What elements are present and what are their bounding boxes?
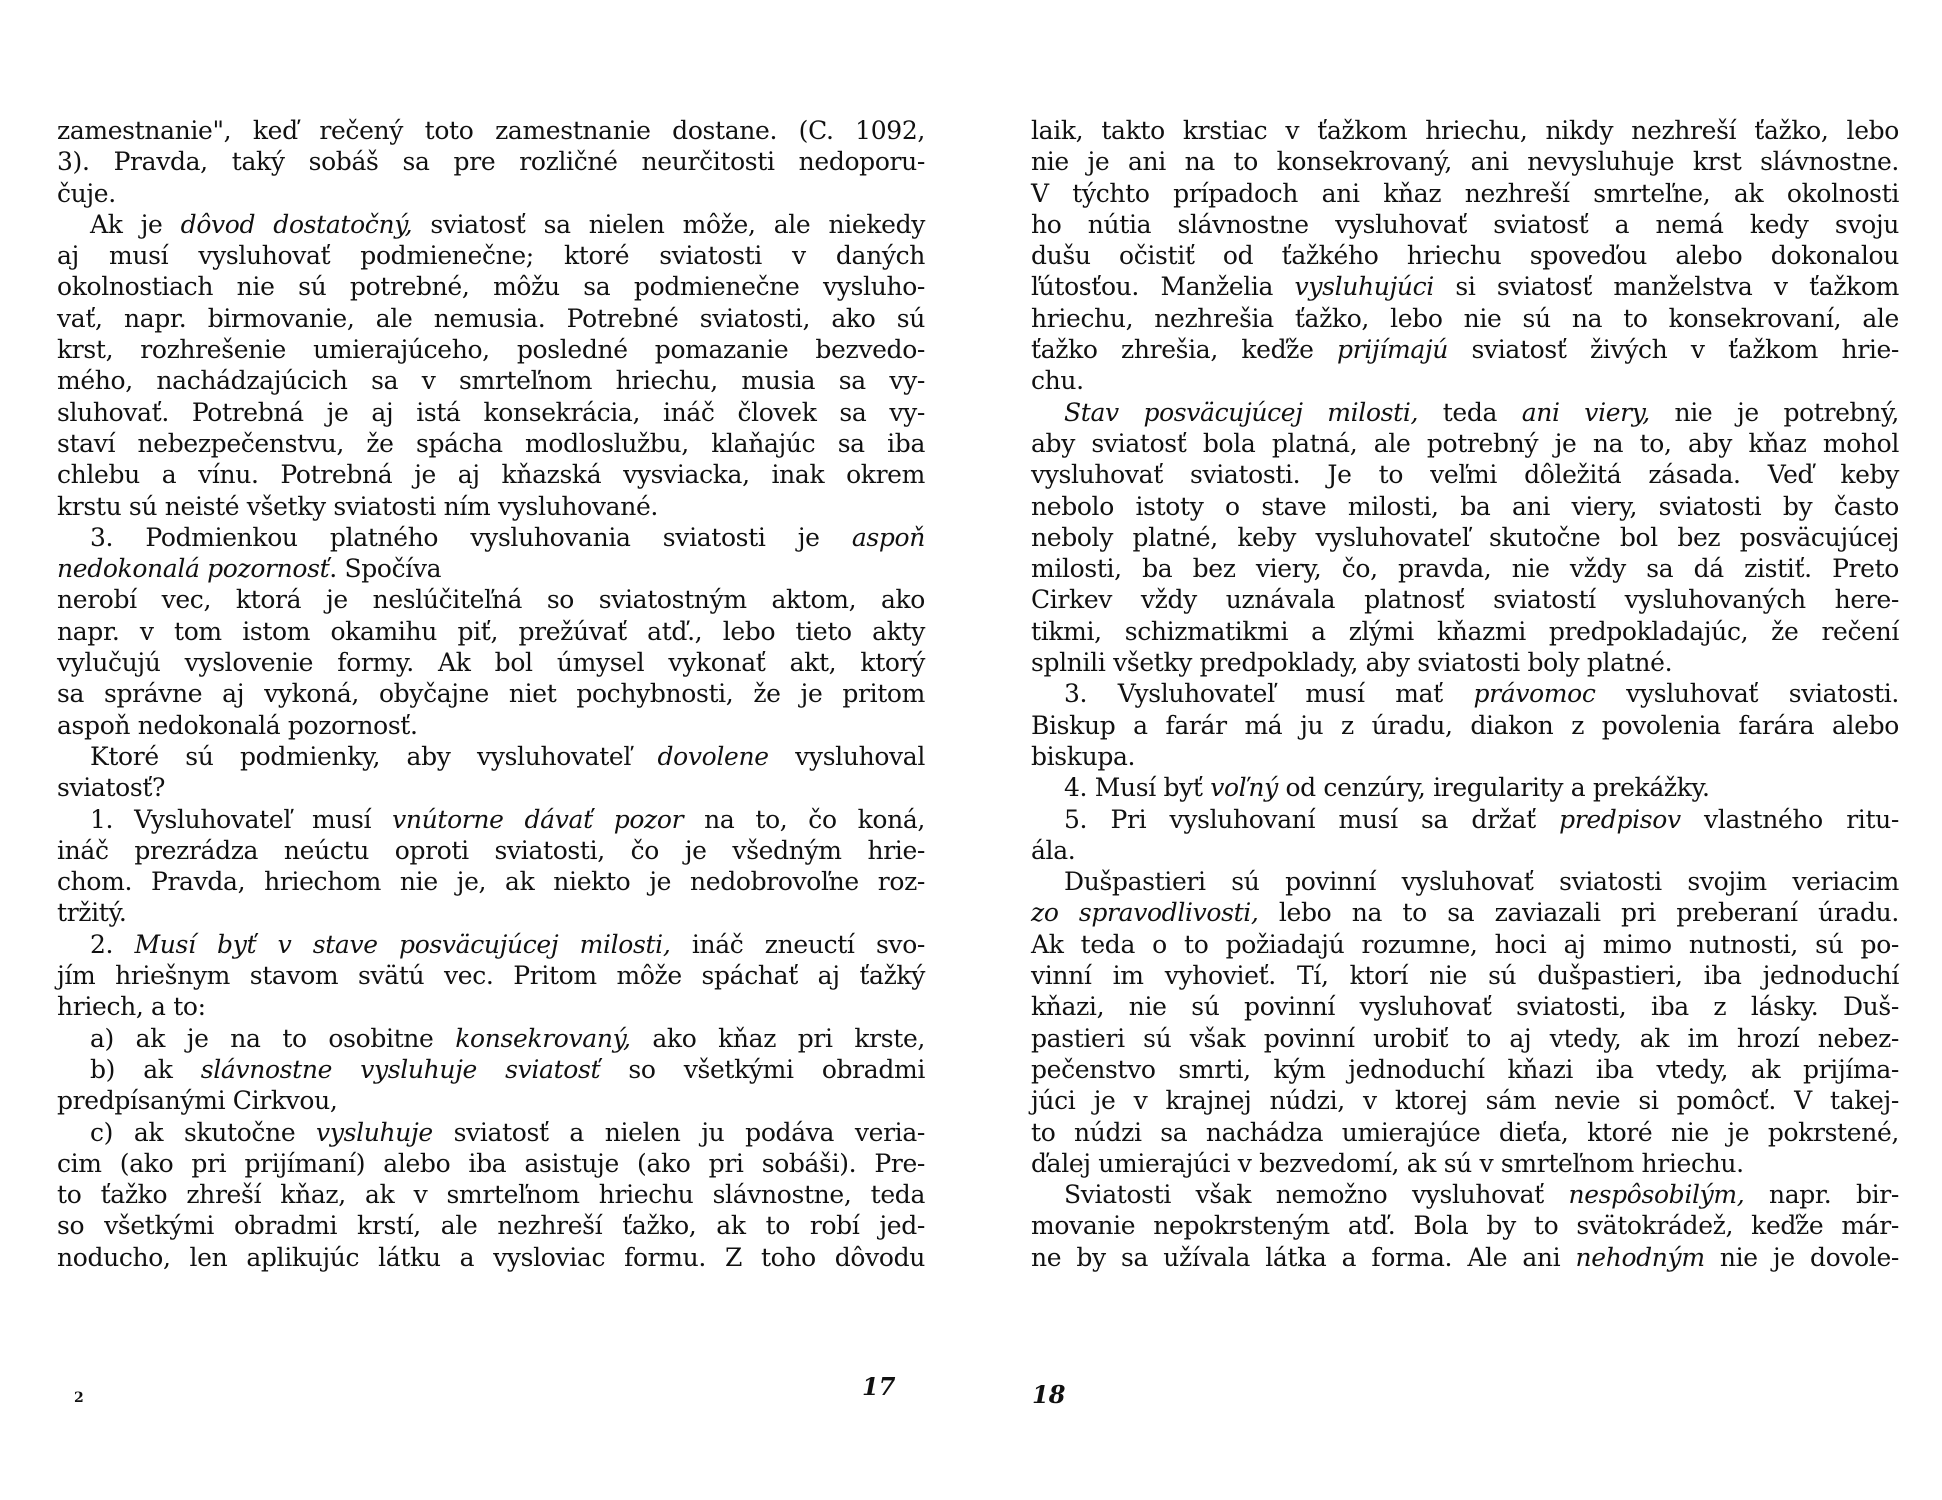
text-segment: Ak je xyxy=(90,210,181,239)
text-segment: na to, čo koná, xyxy=(683,805,925,834)
italic-text: konsekrovaný, xyxy=(455,1024,630,1053)
text-segment: chu. xyxy=(1031,366,1084,395)
text-segment: noducho, len aplikujúc látku a vysloviac… xyxy=(57,1243,925,1272)
text-line: laik, takto krstiac v ťažkom hriechu, ni… xyxy=(1031,115,1899,146)
italic-text: aspoň xyxy=(852,523,925,552)
text-segment: Dušpastieri sú povinní vysluhovať sviato… xyxy=(1064,867,1899,896)
text-line: to núdzi sa nachádza umierajúce dieťa, k… xyxy=(1031,1117,1899,1148)
text-segment: vylučujú vyslovenie formy. Ak bol úmysel… xyxy=(57,648,925,677)
text-line: napr. v tom istom okamihu piť, prežúvať … xyxy=(57,616,925,647)
text-line: aj musí vysluhovať podmienečne; ktoré sv… xyxy=(57,240,925,271)
text-line: dušu očistiť od ťažkého hriechu spoveďou… xyxy=(1031,240,1899,271)
text-segment: zamestnanie", keď rečený toto zamestnani… xyxy=(57,116,925,145)
text-segment: ľútosťou. Manželia xyxy=(1031,272,1295,301)
italic-text: Stav posväcujúcej milosti, xyxy=(1064,398,1418,427)
text-segment: sviatosť živých v ťažkom hrie- xyxy=(1448,335,1899,364)
text-segment: pastieri sú však povinní urobiť to aj vt… xyxy=(1031,1024,1899,1053)
text-line: vylučujú vyslovenie formy. Ak bol úmysel… xyxy=(57,647,925,678)
text-segment: vlastného ritu- xyxy=(1681,805,1899,834)
italic-text: voľný xyxy=(1210,773,1278,802)
text-segment: aby sviatosť bola platná, ale potrebný j… xyxy=(1031,429,1899,458)
text-segment: kňazi, nie sú povinní vysluhovať sviatos… xyxy=(1031,992,1899,1021)
text-segment: a) ak je na to osobitne xyxy=(90,1024,455,1053)
text-segment: ne by sa užívala látka a forma. Ale ani xyxy=(1031,1243,1576,1272)
text-line: mého, nachádzajúcich sa v smrteľnom hrie… xyxy=(57,365,925,396)
text-segment: chom. Pravda, hriechom nie je, ak niekto… xyxy=(57,867,925,896)
text-line: aspoň nedokonalá pozornosť. xyxy=(57,710,925,741)
text-segment: so všetkými obradmi krstí, ale nezhreší … xyxy=(57,1211,925,1240)
text-line: pečenstvo smrti, kým jednoduchí kňazi ib… xyxy=(1031,1054,1899,1085)
text-line: Cirkev vždy uznávala platnosť sviatostí … xyxy=(1031,584,1899,615)
italic-text: zo spravodlivosti, xyxy=(1031,898,1259,927)
text-line: kňazi, nie sú povinní vysluhovať sviatos… xyxy=(1031,991,1899,1022)
page-number-right: 18 xyxy=(1032,1380,1065,1409)
text-segment: ála. xyxy=(1031,836,1075,865)
text-segment: splnili všetky predpoklady, aby sviatost… xyxy=(1031,648,1672,677)
text-line: Sviatosti však nemožno vysluhovať nespôs… xyxy=(1031,1179,1899,1210)
text-line: 1. Vysluhovateľ musí vnútorne dávať pozo… xyxy=(57,804,925,835)
text-line: V týchto prípadoch ani kňaz nezhreší smr… xyxy=(1031,178,1899,209)
text-line: hriech, a to: xyxy=(57,991,925,1022)
text-segment: to ťažko zhreší kňaz, ak v smrteľnom hri… xyxy=(57,1180,925,1209)
text-segment: si sviatosť manželstva v ťažkom xyxy=(1434,272,1899,301)
text-line: 4. Musí byť voľný od cenzúry, iregularit… xyxy=(1031,772,1899,803)
text-segment: hriechu, nezhrešia ťažko, lebo nie sú na… xyxy=(1031,304,1899,333)
text-segment: biskupa. xyxy=(1031,742,1135,771)
left-page: zamestnanie", keď rečený toto zamestnani… xyxy=(57,115,925,1273)
text-segment: napr. bir- xyxy=(1744,1180,1899,1209)
text-line: ála. xyxy=(1031,835,1899,866)
text-segment: ťažko zhrešia, keďže xyxy=(1031,335,1337,364)
text-segment: movanie nepokrsteným atď. Bola by to svä… xyxy=(1031,1211,1899,1240)
text-line: b) ak slávnostne vysluhuje sviatosť so v… xyxy=(57,1054,925,1085)
text-line: okolnostiach nie sú potrebné, môžu sa po… xyxy=(57,271,925,302)
text-line: staví nebezpečenstvu, že spácha modloslu… xyxy=(57,428,925,459)
page-number-left: 17 xyxy=(862,1372,895,1401)
text-line: noducho, len aplikujúc látku a vysloviac… xyxy=(57,1242,925,1273)
text-segment: to núdzi sa nachádza umierajúce dieťa, k… xyxy=(1031,1118,1899,1147)
text-line: cim (ako pri prijímaní) alebo iba asistu… xyxy=(57,1148,925,1179)
text-segment: teda xyxy=(1418,398,1522,427)
text-line: chlebu a vínu. Potrebná je aj kňazská vy… xyxy=(57,459,925,490)
text-line: ne by sa užívala látka a forma. Ale ani … xyxy=(1031,1242,1899,1273)
text-segment: tržitý. xyxy=(57,898,127,927)
text-segment: Ktoré sú podmienky, aby vysluhovateľ xyxy=(90,742,658,771)
text-segment: 5. Pri vysluhovaní musí sa držať xyxy=(1064,805,1559,834)
text-line: aby sviatosť bola platná, ale potrebný j… xyxy=(1031,428,1899,459)
italic-text: právomoc xyxy=(1474,679,1596,708)
text-segment: ináč prezrádza neúctu oproti sviatosti, … xyxy=(57,836,925,865)
text-segment: Sviatosti však nemožno vysluhovať xyxy=(1064,1180,1568,1209)
italic-text: slávnostne vysluhuje sviatosť xyxy=(201,1055,600,1084)
text-line: Dušpastieri sú povinní vysluhovať sviato… xyxy=(1031,866,1899,897)
text-segment: dušu očistiť od ťažkého hriechu spoveďou… xyxy=(1031,241,1899,270)
text-segment: aspoň nedokonalá pozornosť. xyxy=(57,711,418,740)
text-line: movanie nepokrsteným atď. Bola by to svä… xyxy=(1031,1210,1899,1241)
text-line: Stav posväcujúcej milosti, teda ani vier… xyxy=(1031,397,1899,428)
text-segment: hriech, a to: xyxy=(57,992,206,1021)
text-segment: b) ak xyxy=(90,1055,201,1084)
text-segment: c) ak skutočne xyxy=(90,1118,316,1147)
text-segment: sviatosť sa nielen môže, ale niekedy xyxy=(412,210,925,239)
right-page: laik, takto krstiac v ťažkom hriechu, ni… xyxy=(1031,115,1899,1273)
text-segment: nebolo istoty o stave milosti, ba ani vi… xyxy=(1031,492,1899,521)
text-segment: predpísanými Cirkvou, xyxy=(57,1086,337,1115)
text-line: jím hriešnym stavom svätú vec. Pritom mô… xyxy=(57,960,925,991)
text-segment: V týchto prípadoch ani kňaz nezhreší smr… xyxy=(1031,179,1899,208)
text-segment: 2. xyxy=(90,930,135,959)
italic-text: vysluhuje xyxy=(316,1118,433,1147)
text-line: nerobí vec, ktorá je neslúčiteľná so svi… xyxy=(57,584,925,615)
italic-text: nehodným xyxy=(1576,1243,1705,1272)
text-line: sluhovať. Potrebná je aj istá konsekráci… xyxy=(57,397,925,428)
text-segment: 3. Vysluhovateľ musí mať xyxy=(1064,679,1474,708)
italic-text: prijímajú xyxy=(1337,335,1448,364)
text-segment: nerobí vec, ktorá je neslúčiteľná so svi… xyxy=(57,585,925,614)
italic-text: Musí byť v stave posväcujúcej milosti, xyxy=(135,930,671,959)
text-segment: aj musí vysluhovať podmienečne; ktoré sv… xyxy=(57,241,925,270)
italic-text: vnútorne dávať pozor xyxy=(392,805,683,834)
text-line: ťažko zhrešia, keďže prijímajú sviatosť … xyxy=(1031,334,1899,365)
text-segment: neboly platné, keby vysluhovateľ skutočn… xyxy=(1031,523,1899,552)
text-line: 2. Musí byť v stave posväcujúcej milosti… xyxy=(57,929,925,960)
text-line: milosti, ba bez viery, čo, pravda, nie v… xyxy=(1031,553,1899,584)
text-segment: napr. v tom istom okamihu piť, prežúvať … xyxy=(57,617,925,646)
text-segment: . Spočíva xyxy=(329,554,441,583)
text-line: nie je ani na to konsekrovaný, ani nevys… xyxy=(1031,146,1899,177)
italic-text: nespôsobilým, xyxy=(1568,1180,1744,1209)
text-line: sa správne aj vykoná, obyčajne niet poch… xyxy=(57,678,925,709)
text-line: c) ak skutočne vysluhuje sviatosť a niel… xyxy=(57,1117,925,1148)
text-line: a) ak je na to osobitne konsekrovaný, ak… xyxy=(57,1023,925,1054)
text-segment: lebo na to sa zaviazali pri preberaní úr… xyxy=(1259,898,1899,927)
text-segment: ďalej umierajúci v bezvedomí, ak sú v sm… xyxy=(1031,1149,1744,1178)
text-segment: sluhovať. Potrebná je aj istá konsekráci… xyxy=(57,398,925,427)
text-line: ho nútia slávnostne vysluhovať sviatosť … xyxy=(1031,209,1899,240)
text-line: chu. xyxy=(1031,365,1899,396)
text-line: biskupa. xyxy=(1031,741,1899,772)
text-line: chom. Pravda, hriechom nie je, ak niekto… xyxy=(57,866,925,897)
text-line: 5. Pri vysluhovaní musí sa držať predpis… xyxy=(1031,804,1899,835)
text-line: Ak teda o to požiadajú rozumne, hoci aj … xyxy=(1031,929,1899,960)
text-segment: sa správne aj vykoná, obyčajne niet poch… xyxy=(57,679,925,708)
text-segment: 3). Pravda, taký sobáš sa pre rozličné n… xyxy=(57,147,925,176)
text-segment: ho nútia slávnostne vysluhovať sviatosť … xyxy=(1031,210,1899,239)
text-segment: staví nebezpečenstvu, že spácha modloslu… xyxy=(57,429,925,458)
text-segment: vysluhovať sviatosti. Je to veľmi dôleži… xyxy=(1031,460,1899,489)
text-segment: Ak teda o to požiadajú rozumne, hoci aj … xyxy=(1031,930,1899,959)
text-segment: vysluhovať sviatosti. xyxy=(1596,679,1899,708)
text-line: to ťažko zhreší kňaz, ak v smrteľnom hri… xyxy=(57,1179,925,1210)
text-line: zo spravodlivosti, lebo na to sa zaviaza… xyxy=(1031,897,1899,928)
italic-text: nedokonalá pozornosť xyxy=(57,554,329,583)
text-segment: krstu sú neisté všetky sviatosti ním vys… xyxy=(57,492,658,521)
text-segment: nie je ani na to konsekrovaný, ani nevys… xyxy=(1031,147,1899,176)
signature-mark: 2 xyxy=(74,1390,84,1406)
text-line: vysluhovať sviatosti. Je to veľmi dôleži… xyxy=(1031,459,1899,490)
text-segment: nie je dovole- xyxy=(1705,1243,1899,1272)
text-segment: okolnostiach nie sú potrebné, môžu sa po… xyxy=(57,272,925,301)
text-segment: sviatosť a nielen ju podáva veria- xyxy=(433,1118,925,1147)
text-line: ďalej umierajúci v bezvedomí, ak sú v sm… xyxy=(1031,1148,1899,1179)
text-segment: sviatosť? xyxy=(57,773,165,802)
text-segment: ako kňaz pri krste, xyxy=(631,1024,925,1053)
text-line: 3. Podmienkou platného vysluhovania svia… xyxy=(57,522,925,553)
text-line: sviatosť? xyxy=(57,772,925,803)
text-line: 3). Pravda, taký sobáš sa pre rozličné n… xyxy=(57,146,925,177)
text-segment: 1. Vysluhovateľ musí xyxy=(90,805,392,834)
text-segment: pečenstvo smrti, kým jednoduchí kňazi ib… xyxy=(1031,1055,1899,1084)
text-line: ináč prezrádza neúctu oproti sviatosti, … xyxy=(57,835,925,866)
text-segment: chlebu a vínu. Potrebná je aj kňazská vy… xyxy=(57,460,925,489)
text-line: tržitý. xyxy=(57,897,925,928)
text-line: Ak je dôvod dostatočný, sviatosť sa niel… xyxy=(57,209,925,240)
italic-text: ani viery, xyxy=(1522,398,1650,427)
text-segment: od cenzúry, iregularity a prekážky. xyxy=(1278,773,1710,802)
text-segment: Biskup a farár má ju z úradu, diakon z p… xyxy=(1031,711,1899,740)
text-line: vať, napr. birmovanie, ale nemusia. Potr… xyxy=(57,303,925,334)
text-segment: laik, takto krstiac v ťažkom hriechu, ni… xyxy=(1031,116,1899,145)
text-line: tikmi, schizmatikmi a zlými kňazmi predp… xyxy=(1031,616,1899,647)
text-line: so všetkými obradmi krstí, ale nezhreší … xyxy=(57,1210,925,1241)
text-line: splnili všetky predpoklady, aby sviatost… xyxy=(1031,647,1899,678)
text-segment: 4. Musí byť xyxy=(1064,773,1210,802)
text-segment: jím hriešnym stavom svätú vec. Pritom mô… xyxy=(57,961,925,990)
text-segment: vinní im vyhovieť. Tí, ktorí nie sú dušp… xyxy=(1031,961,1899,990)
text-segment: milosti, ba bez viery, čo, pravda, nie v… xyxy=(1031,554,1899,583)
text-line: krstu sú neisté všetky sviatosti ním vys… xyxy=(57,491,925,522)
text-line: ľútosťou. Manželia vysluhujúci si sviato… xyxy=(1031,271,1899,302)
text-segment: ináč zneuctí svo- xyxy=(670,930,925,959)
text-line: neboly platné, keby vysluhovateľ skutočn… xyxy=(1031,522,1899,553)
text-segment: vať, napr. birmovanie, ale nemusia. Potr… xyxy=(57,304,925,333)
italic-text: dovolene xyxy=(658,742,769,771)
text-segment: júci je v krajnej núdzi, v ktorej sám ne… xyxy=(1031,1086,1899,1115)
text-line: čuje. xyxy=(57,178,925,209)
text-line: predpísanými Cirkvou, xyxy=(57,1085,925,1116)
text-segment: nie je potrebný, xyxy=(1650,398,1899,427)
text-segment: čuje. xyxy=(57,179,116,208)
italic-text: dôvod dostatočný, xyxy=(181,210,413,239)
italic-text: predpisov xyxy=(1559,805,1681,834)
text-segment: so všetkými obradmi xyxy=(600,1055,925,1084)
text-line: hriechu, nezhrešia ťažko, lebo nie sú na… xyxy=(1031,303,1899,334)
text-line: Ktoré sú podmienky, aby vysluhovateľ dov… xyxy=(57,741,925,772)
text-segment: tikmi, schizmatikmi a zlými kňazmi predp… xyxy=(1031,617,1899,646)
italic-text: vysluhujúci xyxy=(1295,272,1434,301)
text-line: 3. Vysluhovateľ musí mať právomoc vysluh… xyxy=(1031,678,1899,709)
text-segment: Cirkev vždy uznávala platnosť sviatostí … xyxy=(1031,585,1899,614)
text-line: pastieri sú však povinní urobiť to aj vt… xyxy=(1031,1023,1899,1054)
text-line: zamestnanie", keď rečený toto zamestnani… xyxy=(57,115,925,146)
text-segment: mého, nachádzajúcich sa v smrteľnom hrie… xyxy=(57,366,925,395)
text-segment: krst, rozhrešenie umierajúceho, posledné… xyxy=(57,335,925,364)
text-segment: cim (ako pri prijímaní) alebo iba asistu… xyxy=(57,1149,925,1178)
text-line: krst, rozhrešenie umierajúceho, posledné… xyxy=(57,334,925,365)
text-segment: 3. Podmienkou platného vysluhovania svia… xyxy=(90,523,852,552)
text-segment: vysluhoval xyxy=(769,742,925,771)
text-line: vinní im vyhovieť. Tí, ktorí nie sú dušp… xyxy=(1031,960,1899,991)
text-line: júci je v krajnej núdzi, v ktorej sám ne… xyxy=(1031,1085,1899,1116)
text-line: Biskup a farár má ju z úradu, diakon z p… xyxy=(1031,710,1899,741)
text-line: nebolo istoty o stave milosti, ba ani vi… xyxy=(1031,491,1899,522)
text-line: nedokonalá pozornosť. Spočíva xyxy=(57,553,925,584)
